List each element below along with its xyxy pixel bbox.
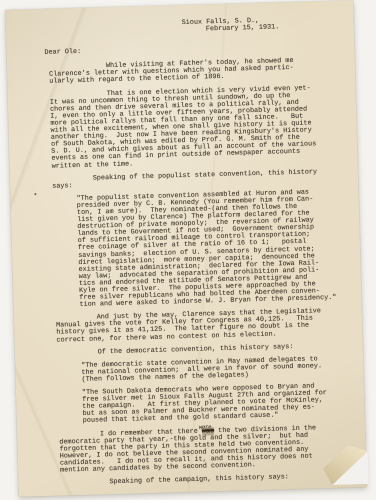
vote-figures-paragraph: And just by the way, Clarence says that … [56,308,347,344]
gold-democrats-quote: "The South Dakota democrats who were opp… [82,383,349,426]
letter-body: Sioux Falls, S. D., February 15, 1931. D… [5,0,366,497]
election-memories-paragraph: That is one election which is very vivid… [50,84,342,170]
campaign-intro-line: Speaking of the campaign, this history s… [60,473,350,488]
overstruck-word: waswere [202,428,214,435]
dog-ear-fold [319,442,368,485]
inserted-correction-word: were [199,423,212,430]
dateline: Sioux Falls, S. D., February 15, 1931. [182,16,338,35]
letter-page: Sioux Falls, S. D., February 15, 1931. D… [5,0,366,497]
populist-intro-line: Speaking of the populist state conventio… [52,168,342,190]
dateline-date: February 15, 1931. [182,23,338,34]
salutation: Dear Ole: [44,42,338,57]
stray-ink-mark [34,193,36,195]
two-divisions-paragraph: I do remember that there waswere the two… [59,424,350,475]
democratic-convention-quote: "The democratic state convention in May … [81,355,347,384]
opening-paragraph: While visiting at Father's today, he sho… [49,57,339,86]
populist-convention-quote: "The populist state convention assembled… [76,188,345,309]
